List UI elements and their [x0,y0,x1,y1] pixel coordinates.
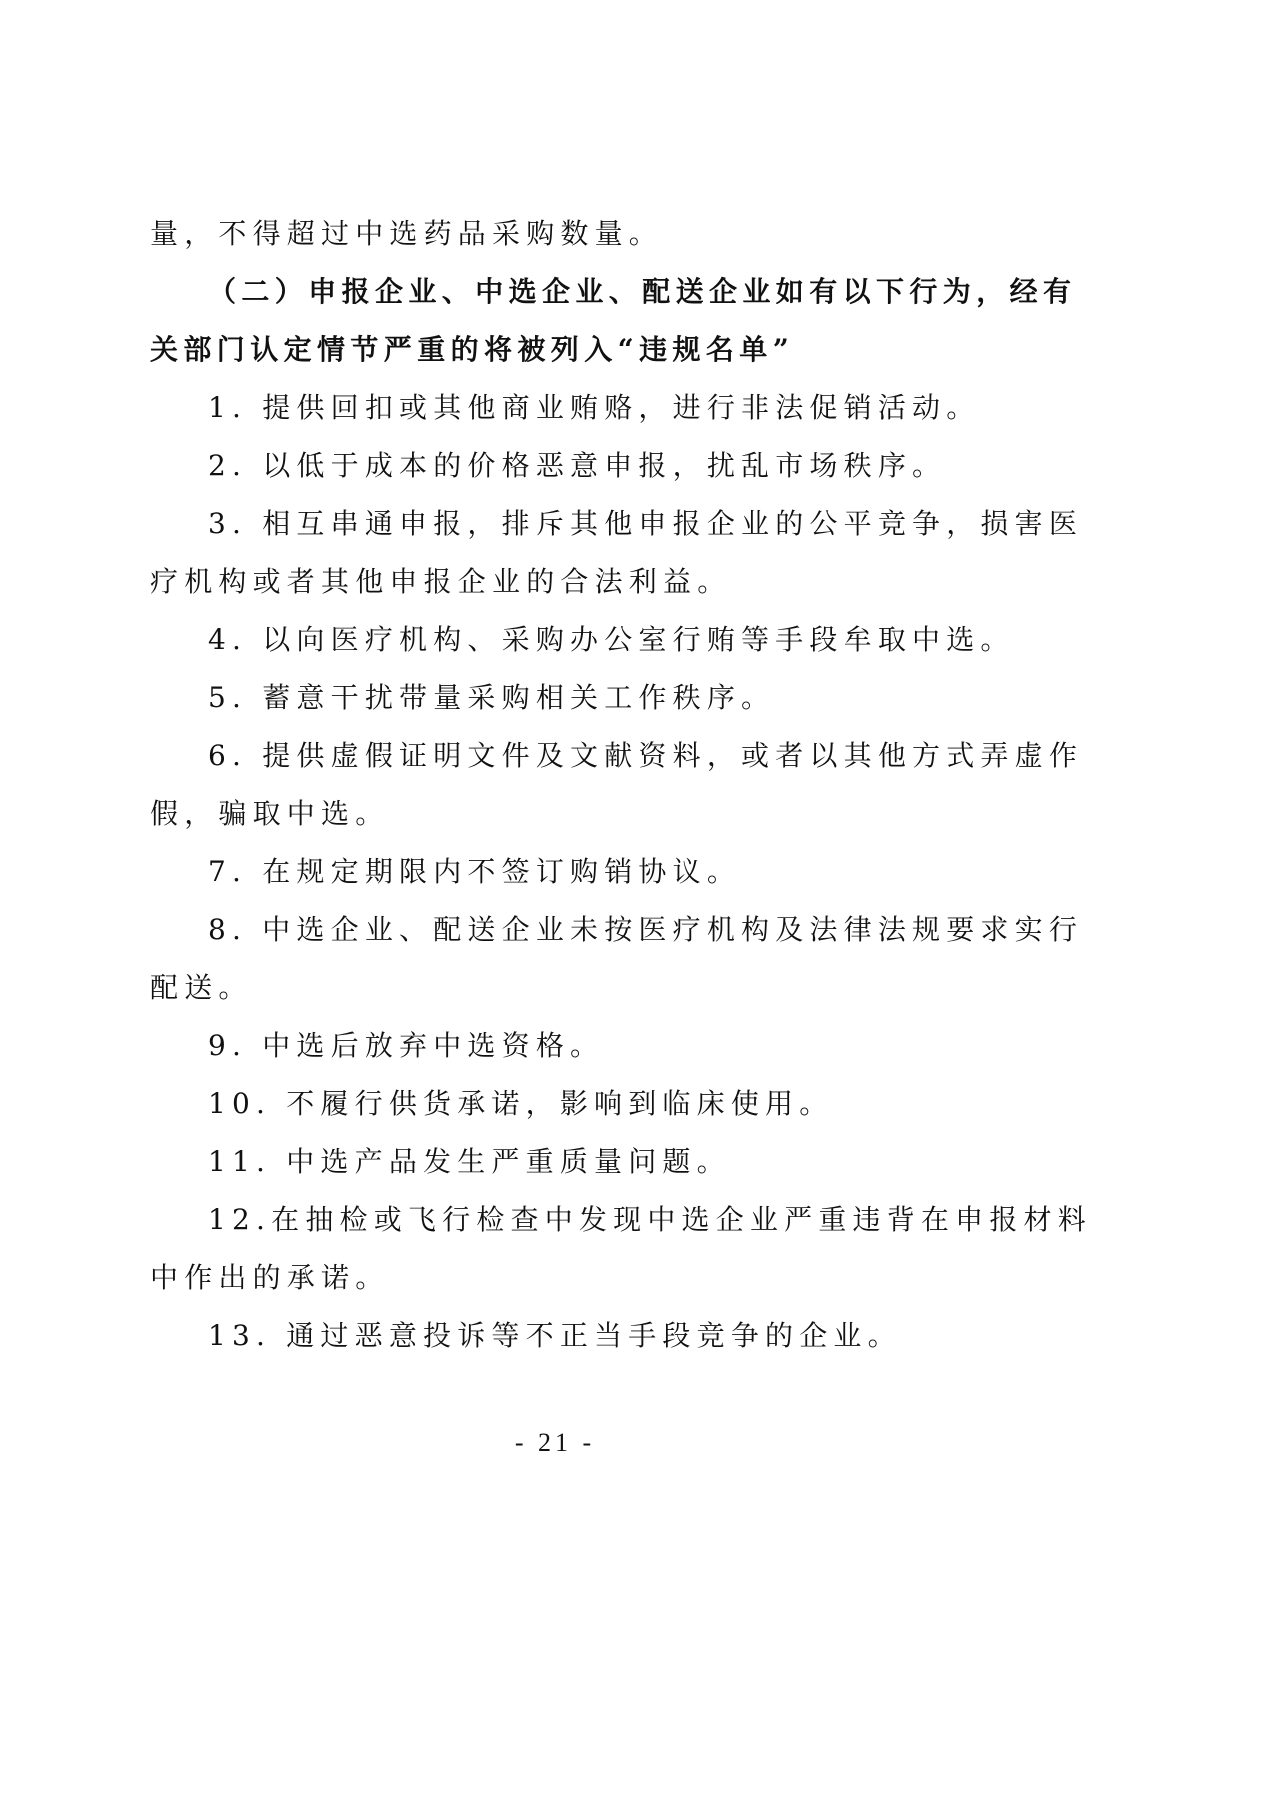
section-heading-line-2: 关部门认定情节严重的将被列入“违规名单” [150,332,970,368]
list-item-11: 11. 中选产品发生严重质量问题。 [208,1144,970,1180]
list-item-10: 10. 不履行供货承诺，影响到临床使用。 [208,1086,970,1122]
list-item-12-line-2: 中作出的承诺。 [150,1260,970,1296]
list-item-6-line-2: 假，骗取中选。 [150,796,970,832]
page-number: - 21 - [0,1426,1110,1460]
document-page: 量，不得超过中选药品采购数量。 （二）申报企业、中选企业、配送企业如有以下行为，… [0,0,1280,1810]
list-item-6-line-1: 6. 提供虚假证明文件及文献资料，或者以其他方式弄虚作 [208,738,970,774]
list-item-7: 7. 在规定期限内不签订购销协议。 [208,854,970,890]
list-item-8-line-1: 8. 中选企业、配送企业未按医疗机构及法律法规要求实行 [208,912,970,948]
list-item-3-line-2: 疗机构或者其他申报企业的合法利益。 [150,564,970,600]
section-heading-line-1: （二）申报企业、中选企业、配送企业如有以下行为，经有 [208,274,970,310]
list-item-1: 1. 提供回扣或其他商业贿赂，进行非法促销活动。 [208,390,970,426]
list-item-4: 4. 以向医疗机构、采购办公室行贿等手段牟取中选。 [208,622,970,658]
list-item-9: 9. 中选后放弃中选资格。 [208,1028,970,1064]
list-item-12-line-1: 12.在抽检或飞行检查中发现中选企业严重违背在申报材料 [208,1202,970,1238]
list-item-8-line-2: 配送。 [150,970,970,1006]
list-item-13: 13. 通过恶意投诉等不正当手段竞争的企业。 [208,1318,970,1354]
paragraph-line-continuation: 量，不得超过中选药品采购数量。 [150,216,970,252]
list-item-3-line-1: 3. 相互串通申报，排斥其他申报企业的公平竞争，损害医 [208,506,970,542]
list-item-2: 2. 以低于成本的价格恶意申报，扰乱市场秩序。 [208,448,970,484]
list-item-5: 5. 蓄意干扰带量采购相关工作秩序。 [208,680,970,716]
